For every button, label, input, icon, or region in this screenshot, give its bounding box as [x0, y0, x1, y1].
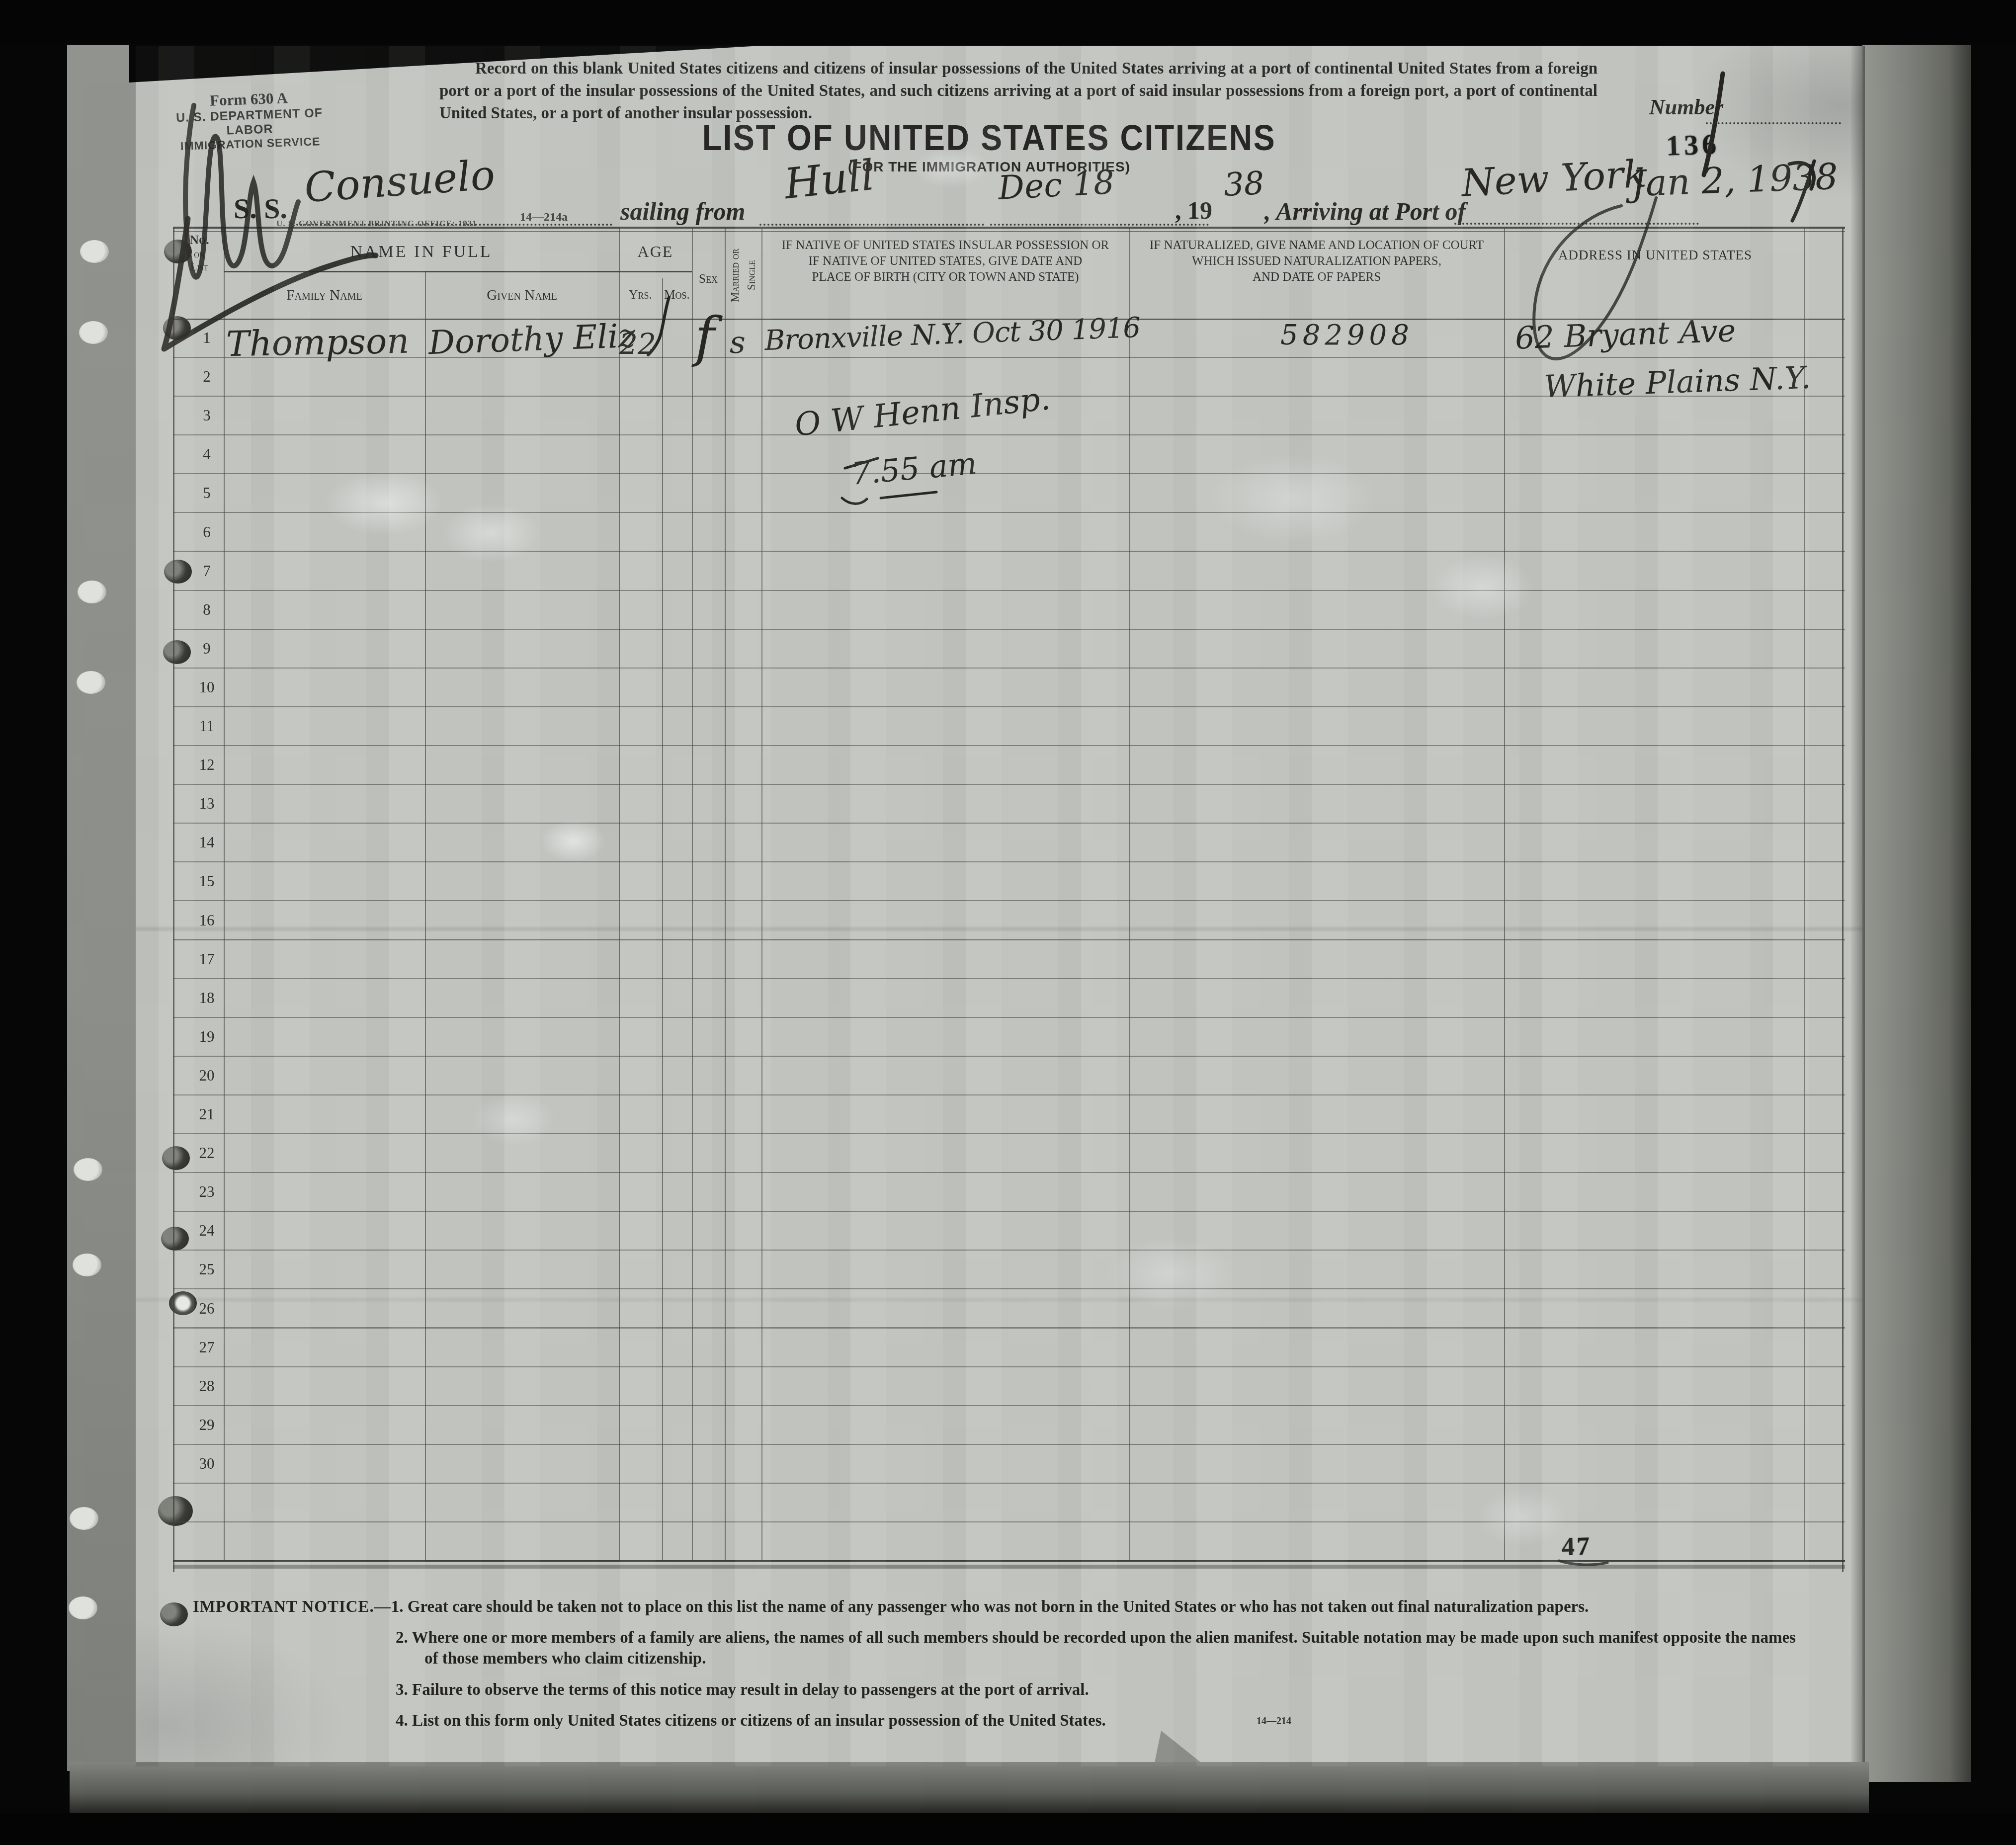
row-number: 15 [188, 872, 226, 890]
grid-col-address [1804, 228, 1805, 1561]
scanned-manifest-photo: Form 630 A U. S. DEPARTMENT OF LABOR IMM… [0, 0, 2016, 1845]
arrival-date-handwriting: Jan 2, 1938 [1631, 156, 1839, 204]
notice-label: IMPORTANT NOTICE.— [193, 1598, 391, 1616]
arrival-port-line [1454, 223, 1699, 225]
departure-year-handwriting: 38 [1223, 165, 1265, 204]
row-number: 20 [188, 1067, 226, 1085]
header-birth-line3: PLACE OF BIRTH (CITY OR TOWN AND STATE) [765, 270, 1125, 284]
row-number: 25 [188, 1260, 226, 1278]
departure-port-handwriting: Hull [782, 151, 876, 208]
departure-port-line [759, 224, 984, 226]
row-number: 28 [188, 1377, 226, 1395]
row-number: 16 [188, 912, 226, 929]
paper-bottom-edge [70, 1762, 1869, 1819]
notice-item-1-text: 1. Great care should be taken not to pla… [391, 1598, 1589, 1616]
page-edge-right [1862, 30, 1971, 1782]
row-numbers: 1234567891011121314151617181920212223242… [173, 319, 224, 1561]
header-no-line2: on [175, 248, 224, 260]
header-birth-line2: IF NATIVE OF UNITED STATES, GIVE DATE AN… [765, 254, 1125, 268]
grid-col-married [761, 228, 762, 1561]
grid-col-court [1504, 228, 1505, 1561]
notice-item-2: 2. Where one or more members of a family… [396, 1627, 1796, 1669]
row-number: 23 [188, 1183, 226, 1201]
row-number: 9 [188, 640, 226, 658]
row-number: 18 [188, 989, 226, 1007]
row-number: 3 [188, 407, 226, 424]
entry-naturalization-number: 582908 [1280, 319, 1414, 351]
row-number: 13 [188, 795, 226, 813]
plate-code-bottom: 14—214 [1257, 1716, 1291, 1727]
number-blank-line [1706, 122, 1841, 124]
row-number: 1 [188, 329, 226, 347]
row-number: 4 [188, 445, 226, 463]
header-sex: Sex [692, 272, 725, 286]
header-yrs: Yrs. [619, 288, 662, 302]
row-number: 7 [188, 562, 226, 580]
table-bottom-smudge [173, 1565, 1845, 1569]
row-number: 11 [188, 717, 226, 735]
header-age: AGE [619, 243, 692, 261]
grid-col-sex [725, 228, 726, 1561]
agency-name: U. S. DEPARTMENT OF LABOR [174, 106, 325, 140]
sheet-number-stamp: 136 [1666, 127, 1720, 163]
header-given-name: Given Name [425, 287, 619, 304]
row-number: 19 [188, 1028, 226, 1046]
page-number-stamp: 47 [1561, 1531, 1592, 1561]
entry-address-line1: 62 Bryant Ave [1514, 312, 1737, 356]
row-number: 5 [188, 484, 226, 502]
row-number: 6 [188, 523, 226, 541]
notice-item-3: 3. Failure to observe the terms of this … [396, 1679, 1796, 1700]
header-court-line2: WHICH ISSUED NATURALIZATION PAPERS, [1133, 254, 1500, 268]
header-no-line1: No. [175, 233, 224, 248]
grid-col-mos [692, 228, 693, 1561]
row-number: 22 [188, 1144, 226, 1162]
table-top-border [173, 227, 1845, 229]
entry-sex: f [695, 306, 715, 368]
grid-right-edge [1842, 228, 1844, 1572]
grid-col-no [224, 228, 225, 1561]
notice-item-1: IMPORTANT NOTICE.—1. Great care should b… [193, 1596, 1803, 1617]
header-address: ADDRESS IN UNITED STATES [1506, 248, 1804, 263]
row-number: 29 [188, 1416, 226, 1434]
punch-hole [70, 1507, 98, 1530]
row-number: 24 [188, 1222, 226, 1240]
sailing-from-label: sailing from [620, 197, 745, 226]
header-subdivider [224, 271, 692, 272]
paper-sheet [136, 46, 1862, 1766]
grid-col-given [619, 228, 620, 1561]
arrival-year: 1938 [1746, 156, 1839, 200]
row-number: 27 [188, 1339, 226, 1356]
row-number: 8 [188, 601, 226, 619]
punch-hole [80, 240, 109, 263]
header-family-name: Family Name [224, 287, 425, 304]
row-number: 12 [188, 756, 226, 774]
entry-married-single: s [730, 324, 746, 360]
row-number: 2 [188, 368, 226, 386]
grid-col-birth [1129, 228, 1130, 1561]
entry-family-name: Thompson [226, 321, 410, 364]
arriving-label: , Arriving at Port of [1264, 197, 1466, 226]
table-top-border-inner [173, 231, 1845, 232]
photo-border-bottom [0, 1813, 2016, 1845]
ss-label: S. S. [234, 192, 287, 225]
header-no-line3: List [175, 260, 224, 273]
punch-hole [79, 321, 108, 344]
header-birth-line1: IF NATIVE OF UNITED STATES INSULAR POSSE… [765, 239, 1125, 252]
row-number: 26 [188, 1300, 226, 1318]
punch-hole [77, 671, 105, 694]
arrival-date: Jan 2, [1631, 159, 1737, 204]
important-notice: IMPORTANT NOTICE.—1. Great care should b… [193, 1596, 1803, 1741]
ship-name-line [296, 224, 612, 226]
punch-hole [73, 1254, 101, 1276]
row-number: 21 [188, 1105, 226, 1123]
department-stamp: Form 630 A U. S. DEPARTMENT OF LABOR IMM… [174, 88, 325, 153]
grid-col-family [425, 271, 426, 1561]
row-number: 10 [188, 678, 226, 696]
punch-hole [69, 1596, 97, 1619]
header-name-in-full: NAME IN FULL [224, 243, 619, 261]
punch-hole [74, 1158, 102, 1181]
photo-border-top [0, 0, 2016, 45]
page-edge-shadow [1850, 46, 1865, 1766]
grid-col-yrs [662, 278, 663, 1561]
punch-hole [78, 581, 106, 603]
number-label: Number [1649, 94, 1723, 120]
row-number: 30 [188, 1455, 226, 1473]
header-mos: Mos. [662, 288, 692, 302]
header-court-line3: AND DATE OF PAPERS [1133, 270, 1500, 284]
departure-date-handwriting: Dec 18 [997, 163, 1115, 207]
year-prefix: , 19 [1175, 196, 1212, 225]
instructions-paragraph: Record on this blank United States citiz… [439, 58, 1597, 125]
notice-item-4: 4. List on this form only United States … [396, 1710, 1796, 1731]
plate-code-top: 14—214a [520, 211, 568, 224]
page-title: LIST OF UNITED STATES CITIZENS [661, 117, 1317, 159]
entry-age: 22 [619, 327, 656, 361]
header-married-text: Married or Single [727, 233, 760, 318]
row-number: 14 [188, 834, 226, 851]
header-married-or-single: Married or Single [724, 233, 762, 318]
header-court-line1: IF NATURALIZED, GIVE NAME AND LOCATION O… [1133, 239, 1500, 252]
row-number: 17 [188, 950, 226, 968]
table-bottom-border [173, 1560, 1845, 1562]
entry-given-name: Dorothy Eliz [428, 317, 636, 362]
ink-dot [160, 1602, 188, 1626]
